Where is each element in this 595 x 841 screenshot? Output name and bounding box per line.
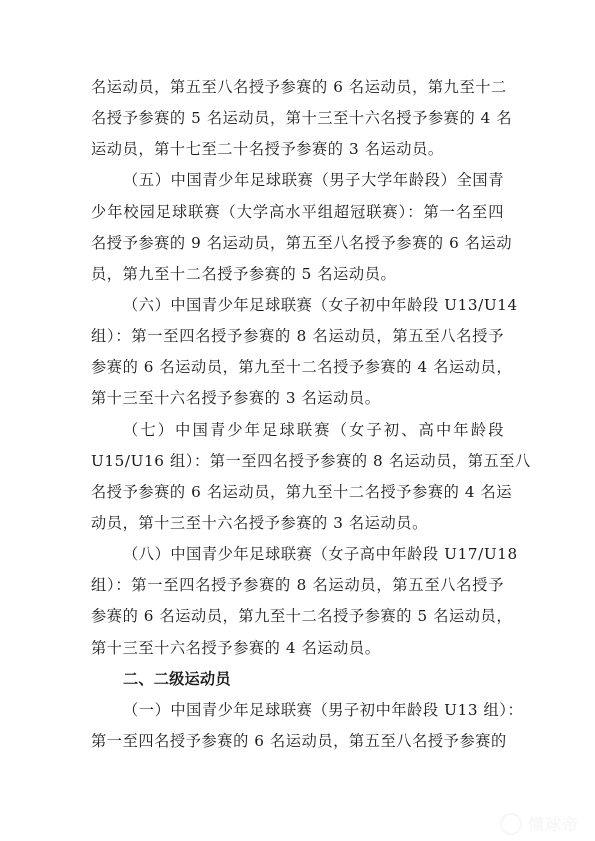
paragraph-item-6: （六）中国青少年足球联赛（女子初中年龄段 U13/U14 组）：第一至四名授予参… <box>91 290 504 415</box>
text-line: 名授予参赛的 5 名运动员，第十三至十六名授予参赛的 4 名 <box>91 103 504 134</box>
text-line: 第十三至十六名授予参赛的 3 名运动员。 <box>91 383 504 414</box>
text-line: 动员，第十三至十六名授予参赛的 3 名运动员。 <box>91 508 504 539</box>
paragraph-item-7: （七）中国青少年足球联赛（女子初、高中年龄段 U15/U16 组）：第一至四名授… <box>91 415 504 540</box>
text-line: （六）中国青少年足球联赛（女子初中年龄段 U13/U14 <box>91 290 504 321</box>
text-line: （一）中国青少年足球联赛（男子初中年龄段 U13 组）： <box>91 695 504 726</box>
text-line: 少年校园足球联赛（大学高水平组超冠联赛）：第一名至四 <box>91 197 504 228</box>
text-line: （七）中国青少年足球联赛（女子初、高中年龄段 <box>91 415 504 446</box>
watermark: 懂球帝 <box>500 812 579 835</box>
logo-icon <box>500 813 522 835</box>
text-line: 参赛的 6 名运动员，第九至十二名授予参赛的 4 名运动员， <box>91 352 504 383</box>
text-line: 参赛的 6 名运动员，第九至十二名授予参赛的 5 名运动员， <box>91 601 504 632</box>
text-line: 第一至四名授予参赛的 6 名运动员，第五至八名授予参赛的 <box>91 726 504 757</box>
text-line: 名授予参赛的 6 名运动员，第九至十二名授予参赛的 4 名运 <box>91 477 504 508</box>
text-line: U15/U16 组）：第一至四名授予参赛的 8 名运动员，第五至八 <box>91 446 504 477</box>
text-line: 运动员，第十七至二十名授予参赛的 3 名运动员。 <box>91 134 504 165</box>
paragraph-item-8: （八）中国青少年足球联赛（女子高中年龄段 U17/U18 组）：第一至四名授予参… <box>91 539 504 664</box>
paragraph-continued: 名运动员，第五至八名授予参赛的 6 名运动员，第九至十二 名授予参赛的 5 名运… <box>91 72 504 165</box>
text-line: 员，第九至十二名授予参赛的 5 名运动员。 <box>91 259 504 290</box>
text-line: 第十三至十六名授予参赛的 4 名运动员。 <box>91 633 504 664</box>
text-line: （八）中国青少年足球联赛（女子高中年龄段 U17/U18 <box>91 539 504 570</box>
text-line: （五）中国青少年足球联赛（男子大学年龄段）全国青 <box>91 165 504 196</box>
section-heading: 二、二级运动员 <box>91 664 504 695</box>
text-line: 组）：第一至四名授予参赛的 8 名运动员，第五至八名授予 <box>91 570 504 601</box>
paragraph-section2-item-1: （一）中国青少年足球联赛（男子初中年龄段 U13 组）： 第一至四名授予参赛的 … <box>91 695 504 757</box>
text-line: 组）：第一至四名授予参赛的 8 名运动员，第五至八名授予 <box>91 321 504 352</box>
text-line: 名运动员，第五至八名授予参赛的 6 名运动员，第九至十二 <box>91 72 504 103</box>
watermark-text: 懂球帝 <box>528 812 579 835</box>
document-page: 名运动员，第五至八名授予参赛的 6 名运动员，第九至十二 名授予参赛的 5 名运… <box>91 72 504 757</box>
text-line: 名授予参赛的 9 名运动员，第五至八名授予参赛的 6 名运动 <box>91 228 504 259</box>
paragraph-item-5: （五）中国青少年足球联赛（男子大学年龄段）全国青 少年校园足球联赛（大学高水平组… <box>91 165 504 290</box>
